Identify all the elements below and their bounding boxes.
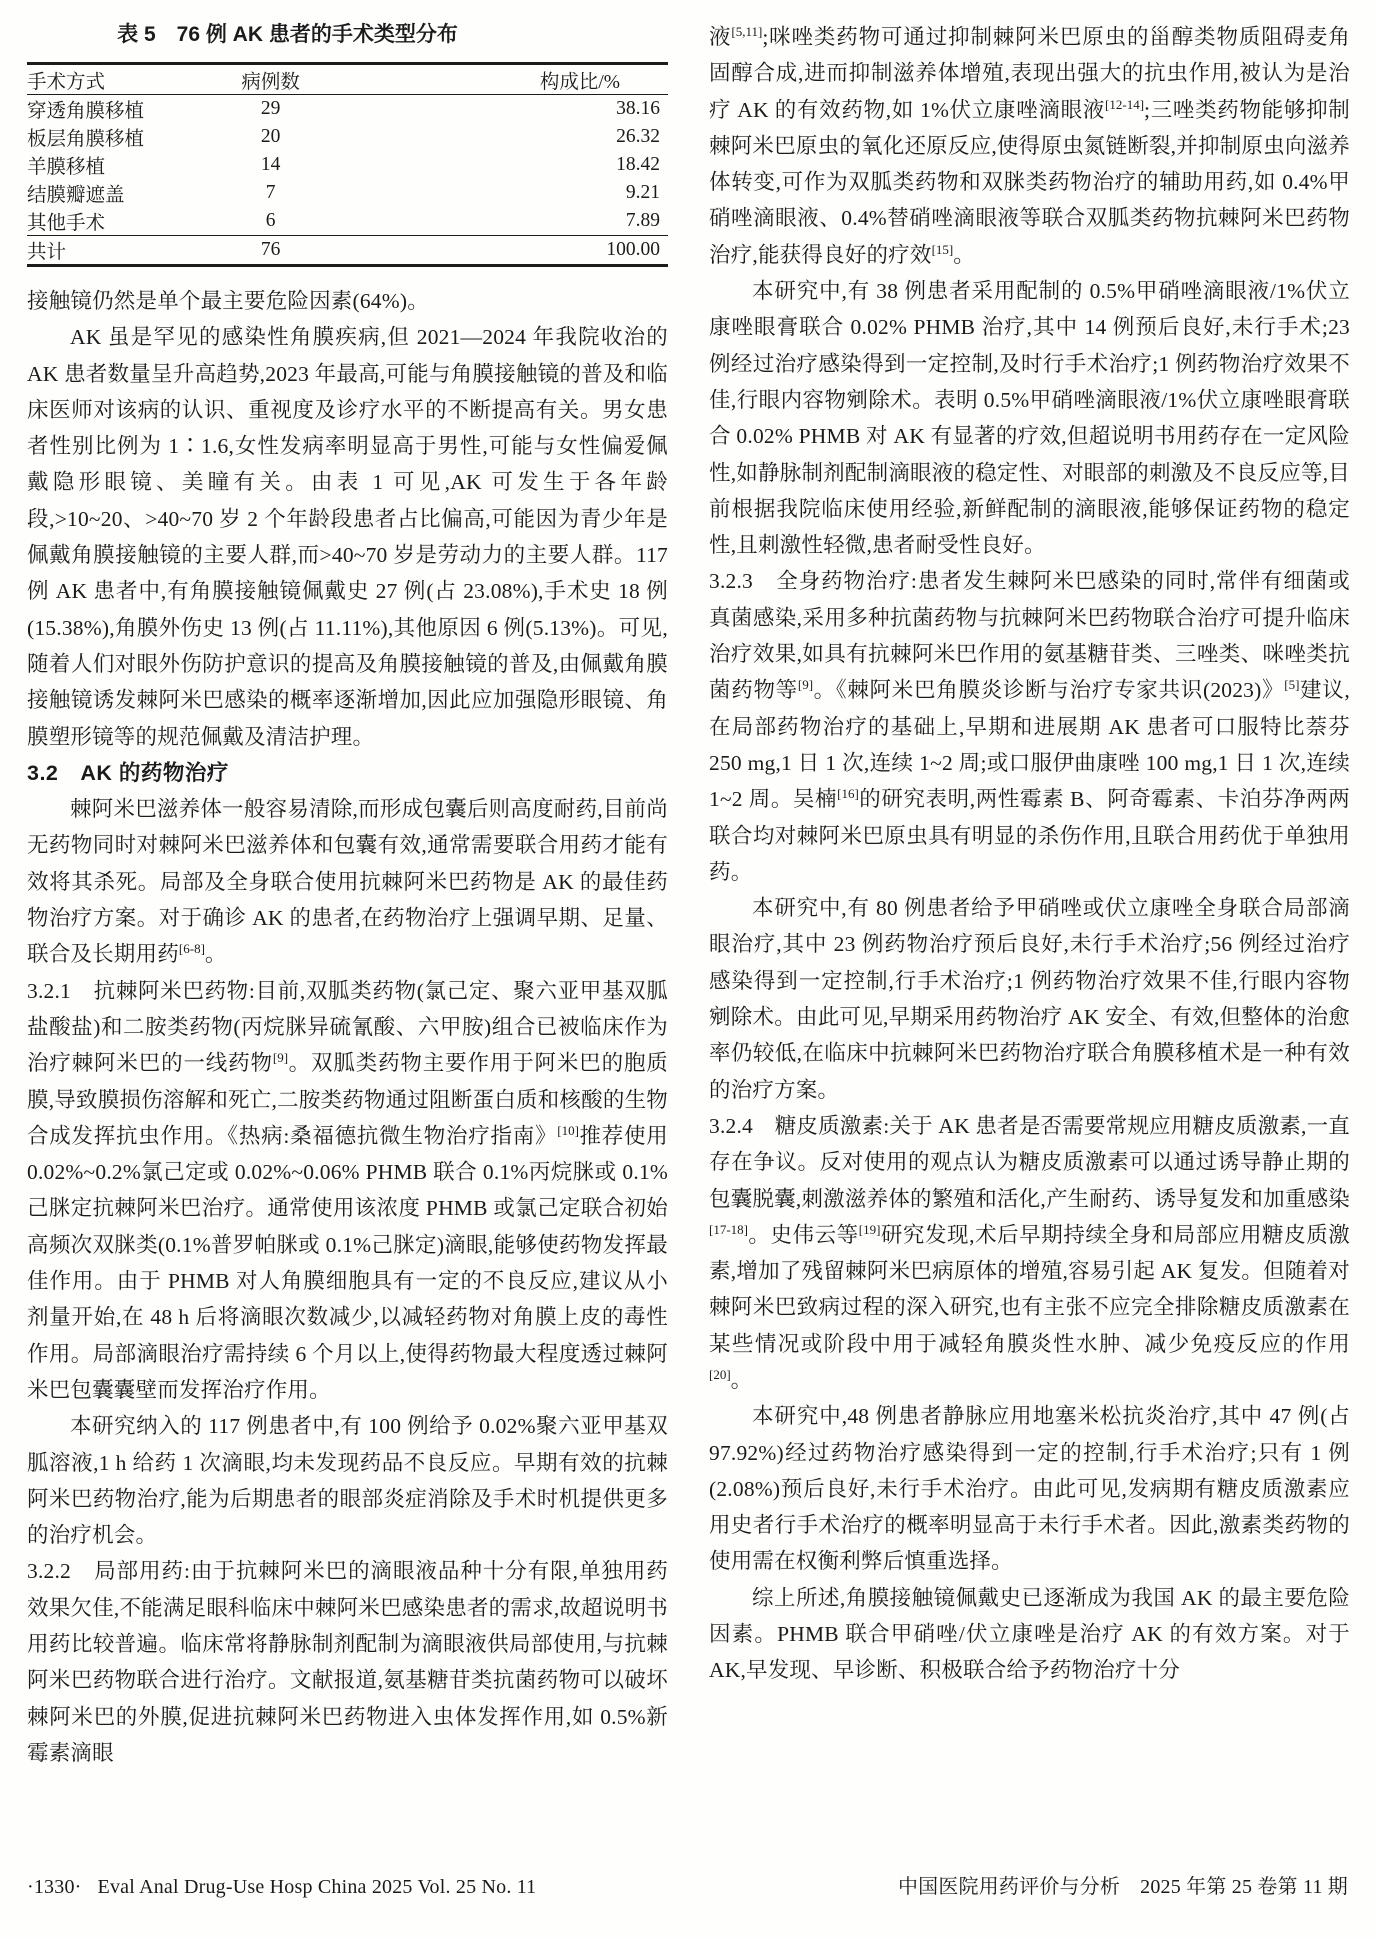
table-header-row: 手术方式病例数构成比/%: [27, 64, 668, 95]
table5-block: 表 5 76 例 AK 患者的手术类型分布 手术方式病例数构成比/% 穿透角膜移…: [27, 20, 668, 267]
page-footer: ·1330· Eval Anal Drug-Use Hosp China 202…: [27, 1870, 1348, 1899]
reference-marker: [5,11]: [731, 24, 762, 39]
table-column-header: 手术方式: [27, 64, 168, 95]
paragraph: 3.2.3 全身药物治疗:患者发生棘阿米巴感染的同时,常伴有细菌或真菌感染,采用…: [709, 563, 1350, 890]
paragraph: 3.2.1 抗棘阿米巴药物:目前,双胍类药物(氯己定、聚六亚甲基双胍盐酸盐)和二…: [27, 973, 668, 1409]
reference-marker: [5]: [1284, 677, 1299, 692]
paragraph: 棘阿米巴滋养体一般容易清除,而形成包囊后则高度耐药,目前尚无药物同时对棘阿米巴滋…: [27, 791, 668, 972]
section-heading: 3.2 AK 的药物治疗: [27, 755, 668, 791]
paragraph: 3.2.4 糖皮质激素:关于 AK 患者是否需要常规应用糖皮质激素,一直存在争议…: [709, 1108, 1350, 1398]
table-cell: 共计: [27, 236, 168, 266]
paragraph: 3.2.2 局部用药:由于抗棘阿米巴的滴眼液品种十分有限,单独用药效果欠佳,不能…: [27, 1553, 668, 1771]
table-cell: 38.16: [373, 95, 668, 124]
table-cell: 7.89: [373, 207, 668, 236]
table-cell: 穿透角膜移植: [27, 95, 168, 124]
paragraph: 本研究中,有 80 例患者给予甲硝唑或伏立康唑全身联合局部滴眼治疗,其中 23 …: [709, 890, 1350, 1108]
reference-marker: [16]: [837, 786, 859, 801]
table5-title: 表 5 76 例 AK 患者的手术类型分布: [27, 20, 668, 62]
table5-header: 手术方式病例数构成比/%: [27, 64, 668, 95]
table-row: 结膜瓣遮盖79.21: [27, 179, 668, 207]
reference-marker: [9]: [273, 1050, 288, 1065]
table-cell: 14: [168, 151, 373, 179]
paragraph: 液[5,11];咪唑类药物可通过抑制棘阿米巴原虫的甾醇类物质阻碍麦角固醇合成,进…: [709, 19, 1350, 273]
table5: 手术方式病例数构成比/% 穿透角膜移植2938.16板层角膜移植2026.32羊…: [27, 62, 668, 267]
paragraph: 本研究中,有 38 例患者采用配制的 0.5%甲硝唑滴眼液/1%伏立康唑眼膏联合…: [709, 273, 1350, 563]
paragraph: 本研究纳入的 117 例患者中,有 100 例给予 0.02%聚六亚甲基双胍溶液…: [27, 1408, 668, 1553]
paragraph: 接触镜仍然是单个最主要危险因素(64%)。: [27, 283, 668, 319]
reference-marker: [17-18]: [709, 1222, 748, 1237]
table-row: 板层角膜移植2026.32: [27, 123, 668, 151]
table-cell: 其他手术: [27, 207, 168, 236]
table5-body: 穿透角膜移植2938.16板层角膜移植2026.32羊膜移植1418.42结膜瓣…: [27, 95, 668, 266]
table-cell: 7: [168, 179, 373, 207]
table-row: 穿透角膜移植2938.16: [27, 95, 668, 124]
paragraph: 本研究中,48 例患者静脉应用地塞米松抗炎治疗,其中 47 例(占 97.92%…: [709, 1398, 1350, 1579]
left-column: 表 5 76 例 AK 患者的手术类型分布 手术方式病例数构成比/% 穿透角膜移…: [27, 20, 668, 1771]
table-row: 其他手术67.89: [27, 207, 668, 236]
reference-marker: [10]: [557, 1123, 579, 1138]
table-cell: 9.21: [373, 179, 668, 207]
table-cell: 6: [168, 207, 373, 236]
paragraph: 综上所述,角膜接触镜佩戴史已逐渐成为我国 AK 的最主要危险因素。PHMB 联合…: [709, 1580, 1350, 1689]
journal-name-chinese: 中国医院用药评价与分析: [898, 1870, 1120, 1899]
table-cell: 结膜瓣遮盖: [27, 179, 168, 207]
table-cell: 羊膜移植: [27, 151, 168, 179]
table-total-row: 共计76100.00: [27, 236, 668, 266]
table-cell: 18.42: [373, 151, 668, 179]
table-column-header: 病例数: [168, 64, 373, 95]
table-cell: 29: [168, 95, 373, 124]
right-column: 液[5,11];咪唑类药物可通过抑制棘阿米巴原虫的甾醇类物质阻碍麦角固醇合成,进…: [709, 19, 1350, 1689]
table-column-header: 构成比/%: [373, 64, 668, 95]
table-row: 羊膜移植1418.42: [27, 151, 668, 179]
journal-page: 表 5 76 例 AK 患者的手术类型分布 手术方式病例数构成比/% 穿透角膜移…: [0, 0, 1375, 1940]
reference-marker: [9]: [798, 677, 813, 692]
reference-marker: [15]: [932, 242, 954, 257]
reference-marker: [6-8]: [179, 941, 205, 956]
journal-issue: 2025 年第 25 卷第 11 期: [1140, 1870, 1348, 1899]
journal-name-english: Eval Anal Drug-Use Hosp China 2025 Vol. …: [98, 1876, 537, 1899]
right-column-text: 液[5,11];咪唑类药物可通过抑制棘阿米巴原虫的甾醇类物质阻碍麦角固醇合成,进…: [709, 19, 1350, 1689]
table-cell: 76: [168, 236, 373, 266]
reference-marker: [12-14]: [1105, 96, 1144, 111]
table-cell: 20: [168, 123, 373, 151]
left-column-text: 接触镜仍然是单个最主要危险因素(64%)。AK 虽是罕见的感染性角膜疾病,但 2…: [27, 283, 668, 1771]
table-cell: 26.32: [373, 123, 668, 151]
table-cell: 板层角膜移植: [27, 123, 168, 151]
footer-right: 中国医院用药评价与分析 2025 年第 25 卷第 11 期: [898, 1870, 1348, 1899]
reference-marker: [19]: [859, 1222, 881, 1237]
footer-left: ·1330· Eval Anal Drug-Use Hosp China 202…: [27, 1876, 536, 1899]
table-cell: 100.00: [373, 236, 668, 266]
paragraph: AK 虽是罕见的感染性角膜疾病,但 2021—2024 年我院收治的 AK 患者…: [27, 319, 668, 755]
page-number: ·1330·: [27, 1876, 82, 1899]
reference-marker: [20]: [709, 1367, 731, 1382]
